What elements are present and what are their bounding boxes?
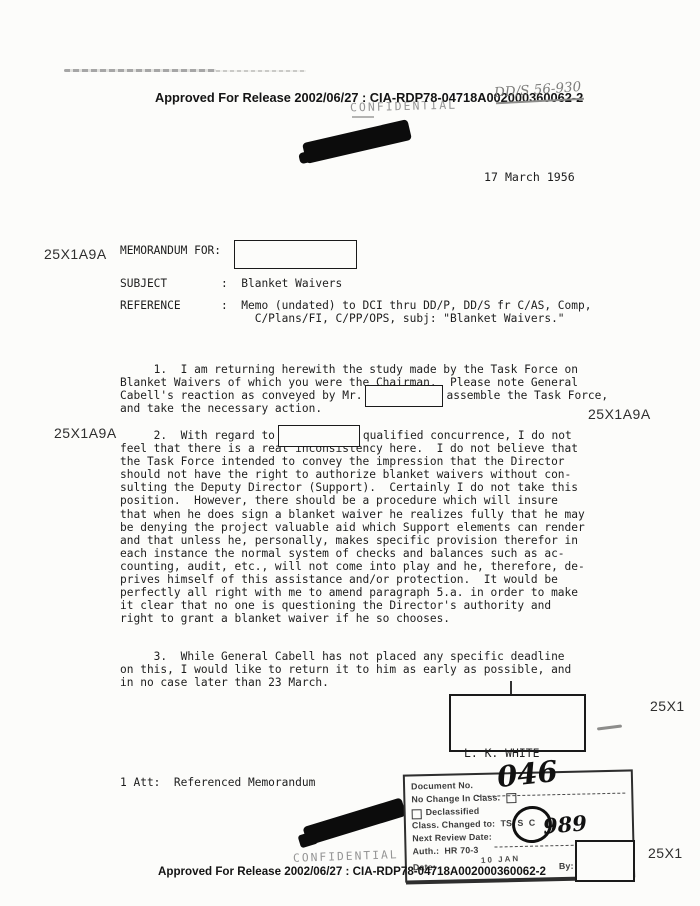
para2-line12: prives himself of this assistance and/or… xyxy=(120,573,640,586)
approved-release-footer: Approved For Release 2002/06/27 : CIA-RD… xyxy=(158,865,546,878)
redaction-box-name xyxy=(365,385,443,407)
attachment-line: 1 Att: Referenced Memorandum xyxy=(120,776,315,789)
stamp-smudge xyxy=(352,116,374,118)
redaction-box-signature xyxy=(449,694,586,752)
pen-tick-mark xyxy=(510,681,512,694)
para2-line5: sulting the Deputy Director (Support). C… xyxy=(120,481,640,494)
subject-row: SUBJECT : Blanket Waivers xyxy=(120,277,342,290)
declassified-label: Declassified xyxy=(426,806,480,817)
paragraph-3: 3. While General Cabell has not placed a… xyxy=(120,650,640,689)
margin-annotation-25x1a9a-3: 25X1A9A xyxy=(54,425,117,441)
para2-line3: the Task Force intended to convey the im… xyxy=(120,455,640,468)
scan-artifact-line xyxy=(64,69,216,72)
reference-row-1: REFERENCE : Memo (undated) to DCI thru D… xyxy=(120,299,591,312)
memo-date: 17 March 1956 xyxy=(484,170,575,184)
margin-annotation-25x1a9a-2: 25X1A9A xyxy=(588,406,651,422)
handwritten-document-number: 046 xyxy=(495,754,559,794)
para1-line1: 1. I am returning herewith the study mad… xyxy=(120,363,620,376)
para2-line2: feel that there is a real inconsistency … xyxy=(120,442,640,455)
para1-line3-after: assemble the Task Force, xyxy=(446,389,608,402)
margin-annotation-25x1-2: 25X1 xyxy=(648,845,683,861)
para1-line3-before: Cabell's reaction as conveyed by Mr. xyxy=(120,389,362,402)
para2-line1-before: 2. With regard to xyxy=(120,429,275,442)
para2-line1: 2. With regard toqualified concurrence, … xyxy=(120,429,640,442)
paragraph-2: 2. With regard toqualified concurrence, … xyxy=(120,429,640,625)
para2-line11: counting, audit, etc., will not come int… xyxy=(120,560,640,573)
para2-line15: right to grant a blanket waiver if he so… xyxy=(120,612,640,625)
next-review-label: Next Review Date: xyxy=(412,832,492,844)
para2-line7: that when he does sign a blanket waiver … xyxy=(120,508,640,521)
declassified-checkbox-icon xyxy=(412,809,422,819)
para2-line13: perfectly all right with me to amend par… xyxy=(120,586,640,599)
memorandum-for-label: MEMORANDUM FOR: xyxy=(120,244,221,257)
ink-redaction-bottom xyxy=(302,797,406,845)
document-no-label: Document No. xyxy=(411,780,473,791)
document-page: CONFIDENTIAL Approved For Release 2002/0… xyxy=(0,0,700,906)
para3-line1: 3. While General Cabell has not placed a… xyxy=(120,650,640,663)
para2-line8: be denying the project valuable aid whic… xyxy=(120,521,640,534)
auth-label: Auth.: HR 70-3 xyxy=(412,845,478,856)
no-change-checkbox-icon xyxy=(506,793,516,803)
para2-line1-after: qualified concurrence, I do not xyxy=(363,429,572,442)
scan-artifact-line-faint xyxy=(216,70,306,72)
redaction-box-stamp-by xyxy=(575,840,635,882)
paragraph-1: 1. I am returning herewith the study mad… xyxy=(120,363,620,415)
para2-line6: position. However, there should be a pro… xyxy=(120,494,640,507)
para2-line10: each instance the normal system of check… xyxy=(120,547,640,560)
ink-redaction-bottom-tail xyxy=(297,831,318,849)
redaction-box-concurrence xyxy=(278,425,360,447)
para2-line14: it clear that no one is questioning the … xyxy=(120,599,640,612)
by-label: By: xyxy=(559,861,574,871)
para3-line2: on this, I would like to return it to hi… xyxy=(120,663,640,676)
confidential-stamp-bottom: CONFIDENTIAL xyxy=(293,848,399,865)
para1-line3: Cabell's reaction as conveyed by Mr.asse… xyxy=(120,389,620,402)
no-change-label: No Change In Class. xyxy=(411,792,500,804)
reference-row-2: C/Plans/FI, C/PP/OPS, subj: "Blanket Wai… xyxy=(120,312,565,325)
para2-line4: should not have the right to authorize b… xyxy=(120,468,640,481)
para3-line3: in no case later than 23 March. xyxy=(120,676,640,689)
para2-line9: and that unless he, personally, makes sp… xyxy=(120,534,640,547)
pen-dash-mark xyxy=(597,724,622,730)
handwritten-class-mark: 989 xyxy=(542,810,588,839)
margin-annotation-25x1-1: 25X1 xyxy=(650,698,685,714)
margin-annotation-25x1a9a-1: 25X1A9A xyxy=(44,246,107,262)
redaction-box-addressee xyxy=(234,240,357,269)
